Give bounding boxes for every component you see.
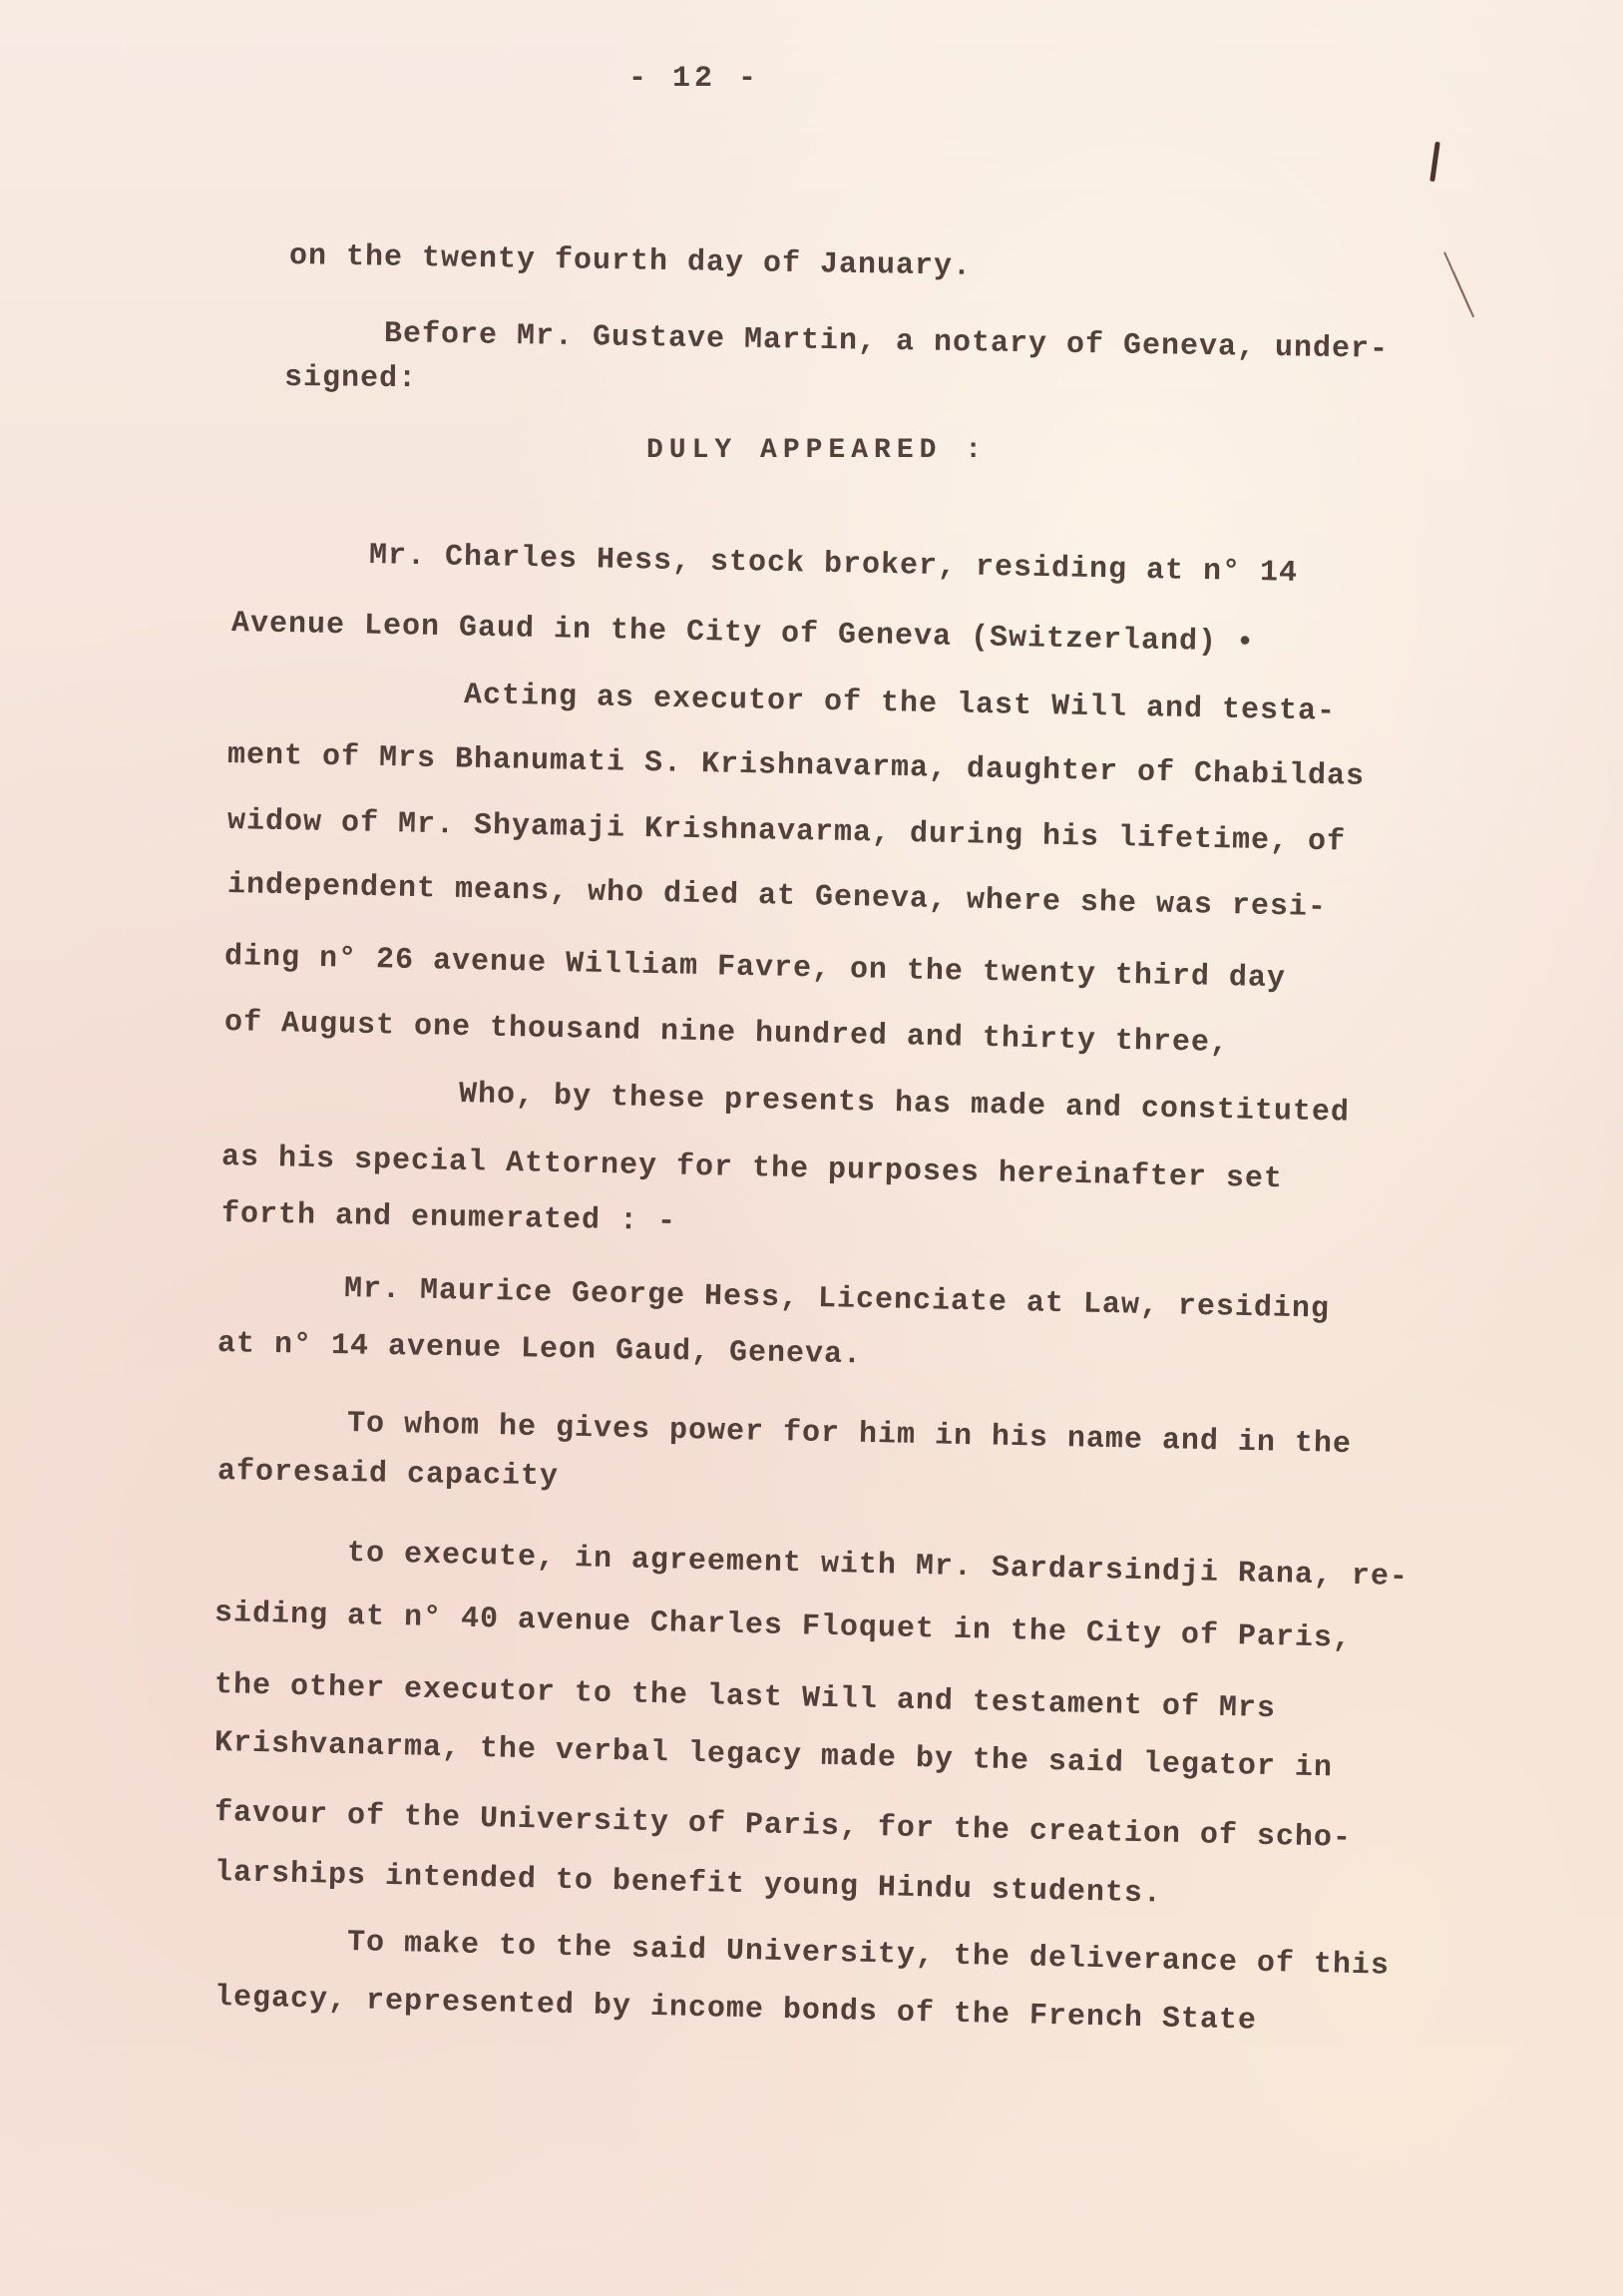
text-line: Acting as executor of the last Will and …	[464, 679, 1337, 729]
margin-tick-mark	[1429, 142, 1440, 182]
text-line: signed:	[284, 361, 417, 396]
text-line: at n° 14 avenue Leon Gaud, Geneva.	[217, 1327, 863, 1372]
text-line: siding at n° 40 avenue Charles Floquet i…	[214, 1597, 1353, 1656]
document-page: - 12 - DULY APPEARED : on the twenty fou…	[0, 0, 1623, 2296]
text-line: Who, by these presents has made and cons…	[459, 1078, 1351, 1131]
text-line: Mr. Maurice George Hess, Licenciate at L…	[344, 1272, 1331, 1327]
text-line: To whom he gives power for him in his na…	[347, 1407, 1353, 1462]
page-number: - 12 -	[628, 62, 760, 96]
text-line: larships intended to benefit young Hindu…	[214, 1856, 1163, 1912]
text-line: Mr. Charles Hess, stock broker, residing…	[369, 539, 1299, 591]
text-line: ding n° 26 avenue William Favre, on the …	[224, 940, 1287, 996]
text-line: forth and enumerated : -	[221, 1197, 677, 1239]
text-line: Before Mr. Gustave Martin, a notary of G…	[384, 317, 1390, 367]
text-line: widow of Mr. Shyamaji Krishnavarma, duri…	[227, 804, 1347, 860]
text-line: legacy, represented by income bonds of t…	[214, 1981, 1258, 2039]
text-line: as his special Attorney for the purposes…	[221, 1141, 1284, 1196]
text-line: To make to the said University, the deli…	[347, 1926, 1391, 1984]
section-heading: DULY APPEARED :	[646, 435, 988, 466]
text-line: aforesaid capacity	[217, 1455, 560, 1494]
text-line: Krishvanarma, the verbal legacy made by …	[214, 1726, 1334, 1785]
text-line: favour of the University of Paris, for t…	[214, 1796, 1353, 1856]
text-line: on the twenty fourth day of January.	[289, 239, 973, 284]
text-line: independent means, who died at Geneva, w…	[227, 868, 1328, 925]
text-line: to execute, in agreement with Mr. Sardar…	[347, 1537, 1410, 1595]
text-line: ment of Mrs Bhanumati S. Krishnavarma, d…	[227, 738, 1366, 794]
text-line: Avenue Leon Gaud in the City of Geneva (…	[231, 607, 1256, 661]
text-line: the other executor to the last Will and …	[214, 1668, 1277, 1726]
text-line: of August one thousand nine hundred and …	[224, 1006, 1230, 1061]
margin-slash-mark	[1452, 271, 1474, 317]
